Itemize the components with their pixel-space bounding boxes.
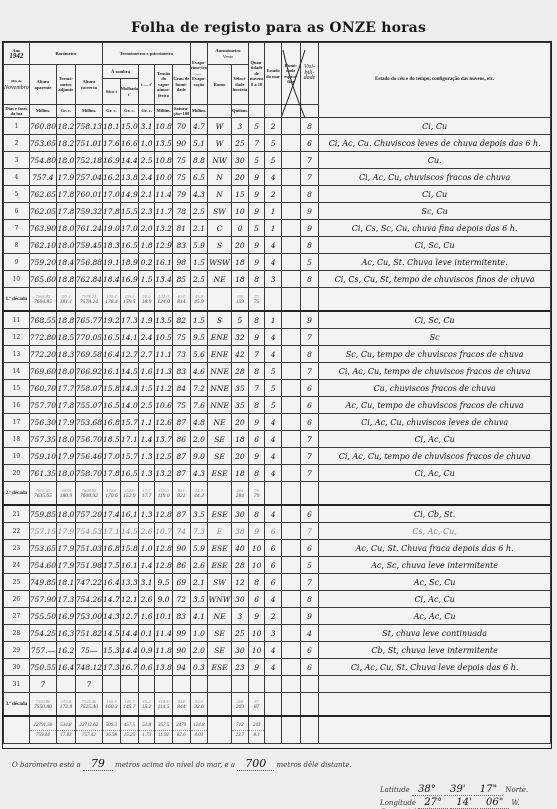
table-row: 4757.417.9757.0416.213.82.410.0756.5N209… xyxy=(4,169,551,186)
cell-molh: 15.5 xyxy=(120,203,138,220)
unit-cell: Gr. c. xyxy=(57,105,76,118)
cell-tensao: 12.5 xyxy=(155,448,173,465)
cell-alt_ap: 762.05 xyxy=(29,203,56,220)
cell-hum xyxy=(281,135,300,152)
cell-tensao: 12.8 xyxy=(155,540,173,557)
cell-nuv: 9 xyxy=(248,169,265,186)
decade-obs-empty xyxy=(319,693,551,717)
decade-diff: 15.215.2 xyxy=(139,693,155,717)
day-cell: 16 xyxy=(4,397,30,414)
table-row: 10765.6018.8762.8418.416.91.513.4852.5NE… xyxy=(4,271,551,288)
cell-alt_cor: 756.88 xyxy=(75,254,102,271)
cell-tensao: 12.6 xyxy=(155,414,173,431)
cell-seco: 15.8 xyxy=(103,380,121,397)
cell-nuv: 5 xyxy=(248,152,265,169)
cell-diff: 2.6 xyxy=(139,591,155,608)
cell-vis: 7 xyxy=(300,523,319,540)
cell-evap: 1.5 xyxy=(190,311,207,329)
cell-seco: 19.2 xyxy=(103,311,121,329)
cell-molh: 14.1 xyxy=(120,329,138,346)
cell-alt_cor: 770.05 xyxy=(75,329,102,346)
day-cell: 7 xyxy=(4,220,30,237)
decade-seco: 170.6170.6 xyxy=(103,482,121,506)
cell-grau xyxy=(172,676,190,693)
cell-grau: 73 xyxy=(172,346,190,363)
day-cell: 24 xyxy=(4,557,30,574)
register-table: Ano1942 Barómetro Termómetros e psicróme… xyxy=(3,42,551,744)
cell-vel: 30 xyxy=(231,505,248,523)
sky-state-cell: Ci, Ac, Cu, tempo de chuviscos fracos de… xyxy=(319,363,551,380)
cell-hum xyxy=(281,659,300,676)
sky-state-cell: Ac, Sc, chuva leve intermitente xyxy=(319,557,551,574)
cell-evap: 7.6 xyxy=(190,397,207,414)
cell-seco: 16.4 xyxy=(103,346,121,363)
cell-evap: 4.3 xyxy=(190,465,207,482)
total-tensao: 357.511.92 xyxy=(155,716,173,744)
table-row: 5762.6517.8760.0117.014.92.111.4794.3N15… xyxy=(4,186,551,203)
sky-state-cell: Ac, Cu, tempo de chuviscos fracos de chu… xyxy=(319,397,551,414)
decade-grau: 844844 xyxy=(172,693,190,717)
cell-evap: 5.9 xyxy=(190,237,207,254)
day-cell: 9 xyxy=(4,254,30,271)
cell-alt_cor: 757.20 xyxy=(75,505,102,523)
table-row: 26757.9017.3754.2614.712.12.69.0723.5WNW… xyxy=(4,591,551,608)
sky-state-cell: Ci, Cs, Cu, St, tempo de chuviscos finos… xyxy=(319,271,551,288)
cell-diff: 2.5 xyxy=(139,152,155,169)
decade-rumo xyxy=(208,693,232,717)
cell-seco: 17.8 xyxy=(103,465,121,482)
cell-diff: 1.0 xyxy=(139,135,155,152)
cell-tensao: 13.8 xyxy=(155,659,173,676)
cell-molh: 16.5 xyxy=(120,465,138,482)
apparent-height-header: Altura aparente xyxy=(29,65,56,105)
cell-tensao: 10.1 xyxy=(155,608,173,625)
cell-mar: 4 xyxy=(265,505,281,523)
day-cell: 8 xyxy=(4,237,30,254)
total-evap: 124.84.03 xyxy=(190,716,207,744)
cell-vis: 7 xyxy=(300,169,319,186)
sky-state-cell: Ac, Ac, Cu xyxy=(319,608,551,625)
cell-diff: 0.1 xyxy=(139,625,155,642)
cell-mar: 4 xyxy=(265,659,281,676)
cell-seco: 18.4 xyxy=(103,271,121,288)
cell-alt_cor: 751.03 xyxy=(75,540,102,557)
cell-diff: 2.5 xyxy=(139,397,155,414)
cell-molh: 15.7 xyxy=(120,448,138,465)
cell-vis: 7 xyxy=(300,431,319,448)
cell-diff: 1.6 xyxy=(139,363,155,380)
cell-alt_ap: 772.80 xyxy=(29,329,56,346)
cell-term: 17.8 xyxy=(57,186,76,203)
attached-thermometer-header: Termó-metro adjunto xyxy=(57,65,76,105)
cell-tensao: 11.4 xyxy=(155,186,173,203)
cell-mar: 6 xyxy=(265,557,281,574)
cell-grau: 83 xyxy=(172,237,190,254)
cell-mar: 5 xyxy=(265,380,281,397)
cell-evap: 2.0 xyxy=(190,642,207,659)
cell-diff: 1.3 xyxy=(139,448,155,465)
cell-tensao: 10.6 xyxy=(155,397,173,414)
cell-grau: 83 xyxy=(172,363,190,380)
cell-rumo: ESE xyxy=(208,557,232,574)
cell-molh: 17.3 xyxy=(120,311,138,329)
cell-hum xyxy=(281,203,300,220)
cell-nuv: 6 xyxy=(248,591,265,608)
cell-molh: 13.8 xyxy=(120,169,138,186)
cell-molh: 14.3 xyxy=(120,380,138,397)
cell-evap: 4.1 xyxy=(190,608,207,625)
cell-term: 16.9 xyxy=(57,608,76,625)
cell-nuv: 10 xyxy=(248,642,265,659)
cell-vel: 38 xyxy=(231,523,248,540)
cell-grau: 84 xyxy=(172,380,190,397)
cell-alt_ap: 757.90 xyxy=(29,591,56,608)
cell-mar: 2 xyxy=(265,186,281,203)
cell-hum xyxy=(281,220,300,237)
cell-evap: 2.5 xyxy=(190,203,207,220)
cell-mar: 4 xyxy=(265,346,281,363)
specific-humidity-header: Humi-dade especí-fica xyxy=(281,43,300,105)
cell-mar: 1 xyxy=(265,220,281,237)
cell-alt_ap: 760.70 xyxy=(29,380,56,397)
sky-state-cell: Ci, Cu xyxy=(319,118,551,135)
cell-diff: 1.0 xyxy=(139,540,155,557)
cell-nuv: 8 xyxy=(248,574,265,591)
cell-term: 18.8 xyxy=(57,271,76,288)
totals-label-empty xyxy=(4,716,30,744)
cell-mar: 6 xyxy=(265,523,281,540)
table-row: 28754.2516.3751.8214.514.40.111.4991.0SE… xyxy=(4,625,551,642)
cell-rumo: W xyxy=(208,135,232,152)
unit-cell xyxy=(265,105,281,118)
cell-hum xyxy=(281,414,300,431)
cell-vel: 42 xyxy=(231,346,248,363)
cell-alt_cor: 766.92 xyxy=(75,363,102,380)
cell-hum xyxy=(281,591,300,608)
cell-tensao: 11.8 xyxy=(155,642,173,659)
cell-mar: 5 xyxy=(265,397,281,414)
cell-alt_ap: 768.55 xyxy=(29,311,56,329)
decade-alt_ap: 7604.857604.85 xyxy=(29,288,56,312)
visibility-header: Visi-bili-dade xyxy=(300,43,319,105)
decade-diff: 17.717.7 xyxy=(139,482,155,506)
cell-evap: 5.9 xyxy=(190,540,207,557)
cell-vis: 6 xyxy=(300,135,319,152)
day-cell: 30 xyxy=(4,659,30,676)
cell-vel: 18 xyxy=(231,254,248,271)
cell-alt_ap: 757.4 xyxy=(29,169,56,186)
decade-tensao: 124.0124.0 xyxy=(155,288,173,312)
table-row: 16757.7017.8755.0716.514.02.510.6757.6NN… xyxy=(4,397,551,414)
cell-alt_cor: 751.82 xyxy=(75,625,102,642)
cell-grau: 81 xyxy=(172,220,190,237)
cell-hum xyxy=(281,329,300,346)
unit-cell: Millim. xyxy=(190,105,207,118)
cell-alt_cor: 765.77 xyxy=(75,311,102,329)
cell-molh: 16.1 xyxy=(120,505,138,523)
cell-grau: 87 xyxy=(172,465,190,482)
cell-rumo: NNE xyxy=(208,380,232,397)
cell-vis: 9 xyxy=(300,608,319,625)
sky-state-cell: Sc, Cu xyxy=(319,203,551,220)
page-title: Folha de registo para as ONZE horas xyxy=(0,20,557,36)
cell-vel: 3 xyxy=(231,608,248,625)
cell-hum xyxy=(281,152,300,169)
cell-mar xyxy=(265,676,281,693)
cell-evap: 5.6 xyxy=(190,346,207,363)
decade-seco: 178.4178.4 xyxy=(103,288,121,312)
day-cell: 25 xyxy=(4,574,30,591)
cell-alt_cor: 759.45 xyxy=(75,237,102,254)
cell-hum xyxy=(281,574,300,591)
table-row: 2753.6518.2751.0117.616.61.013.5905.1W25… xyxy=(4,135,551,152)
cell-hum xyxy=(281,271,300,288)
cell-diff: 3.1 xyxy=(139,574,155,591)
sky-state-cell: Ci, Cu xyxy=(319,186,551,203)
sky-state-cell: Cb, St, chuva leve intermitente xyxy=(319,642,551,659)
year-header: Ano1942 xyxy=(4,43,30,65)
cell-evap: 8.8 xyxy=(190,152,207,169)
table-row: 8762.1018.0759.4518.316.51.812.9835.9S20… xyxy=(4,237,551,254)
cell-term: 17.8 xyxy=(57,397,76,414)
decade-rumo xyxy=(208,482,232,506)
cell-alt_cor: 758.07 xyxy=(75,380,102,397)
day-cell: 18 xyxy=(4,431,30,448)
cell-diff: 2.3 xyxy=(139,203,155,220)
cell-term: 17.9 xyxy=(57,448,76,465)
day-cell: 28 xyxy=(4,625,30,642)
cell-alt_ap: 759.20 xyxy=(29,254,56,271)
cell-seco: 16.1 xyxy=(103,363,121,380)
cell-term: 18.0 xyxy=(57,237,76,254)
cell-nuv: 9 xyxy=(248,254,265,271)
thermometers-header: Termómetros e psicrómetro xyxy=(103,43,191,65)
cell-seco: 16.9 xyxy=(103,152,121,169)
cell-tensao: 10.8 xyxy=(155,118,173,135)
decade-hum xyxy=(281,693,300,717)
decade-grau: 814814 xyxy=(172,288,190,312)
sky-state-cell: Cs, Ac, Cu, xyxy=(319,523,551,540)
decade-nuv: 7979 xyxy=(248,482,265,506)
cell-alt_cor: 748.12 xyxy=(75,659,102,676)
cell-seco: 17.4 xyxy=(103,505,121,523)
cell-vis: 7 xyxy=(300,329,319,346)
cell-alt_cor: 752.18 xyxy=(75,152,102,169)
day-cell: 2 xyxy=(4,135,30,152)
cell-seco: 19.0 xyxy=(103,220,121,237)
cell-molh: 16.9 xyxy=(120,271,138,288)
cell-alt_ap: 756.30 xyxy=(29,414,56,431)
day-cell: 23 xyxy=(4,540,30,557)
cell-seco: 17.0 xyxy=(103,448,121,465)
sky-state-cell xyxy=(319,676,551,693)
cell-mar: 5 xyxy=(265,152,281,169)
table-row: 22757.1517.9754.5317.114.52.610.7747.3E3… xyxy=(4,523,551,540)
cell-vis: 6 xyxy=(300,380,319,397)
cell-diff: 2.4 xyxy=(139,169,155,186)
cell-vis: 6 xyxy=(300,414,319,431)
corrected-height-header: Altura correcta xyxy=(75,65,102,105)
cell-rumo: S xyxy=(208,311,232,329)
day-cell: 13 xyxy=(4,346,30,363)
barometer-header: Barómetro xyxy=(29,43,102,65)
cell-vel: 25 xyxy=(231,625,248,642)
monthly-totals-row: 22791.30759.04534.817.8322712.62757.4250… xyxy=(4,716,551,744)
cell-hum xyxy=(281,397,300,414)
cell-molh: 12.7 xyxy=(120,608,138,625)
sky-state-cell: Ci, Ac, Cu, chuviscos leves de chuva xyxy=(319,414,551,431)
table-row: 19759.1017.9756.4617.015.71.312.5879.0SE… xyxy=(4,448,551,465)
cell-hum xyxy=(281,676,300,693)
cell-grau: 75 xyxy=(172,152,190,169)
cell-nuv: 9 xyxy=(248,659,265,676)
cell-vis: 6 xyxy=(300,505,319,523)
cell-term: 17.9 xyxy=(57,414,76,431)
cell-tensao: 13.5 xyxy=(155,135,173,152)
cell-grau: 87 xyxy=(172,448,190,465)
cell-molh: 14.4 xyxy=(120,625,138,642)
unit-cell: Millim. xyxy=(29,105,56,118)
cell-molh: 12.7 xyxy=(120,346,138,363)
cell-hum xyxy=(281,237,300,254)
decade-molh: 152.9152.9 xyxy=(120,482,138,506)
cell-alt_ap: 757.35 xyxy=(29,431,56,448)
cell-seco: 16.8 xyxy=(103,540,121,557)
cell-diff: 0.6 xyxy=(139,659,155,676)
decade-vel: 269269 xyxy=(231,693,248,717)
cell-diff: 1.9 xyxy=(139,311,155,329)
sky-state-cell: Ac, Sc, Cu xyxy=(319,574,551,591)
sky-state-header: Estado do céu e do tempo, configuração d… xyxy=(319,43,551,118)
cell-tensao: 10.7 xyxy=(155,523,173,540)
cell-nuv: 9 xyxy=(248,186,265,203)
cell-grau: 86 xyxy=(172,557,190,574)
cell-molh: 15.8 xyxy=(120,540,138,557)
cell-rumo: WNW xyxy=(208,591,232,608)
day-cell: 14 xyxy=(4,363,30,380)
sky-state-cell: Ci, Ac, Cu. Chuviscos leves de chuva dep… xyxy=(319,135,551,152)
cell-evap: 4.3 xyxy=(190,186,207,203)
cell-nuv: 5 xyxy=(248,118,265,135)
cell-grau: 82 xyxy=(172,311,190,329)
cell-term: 18.2 xyxy=(57,135,76,152)
cell-hum xyxy=(281,557,300,574)
cell-mar: 5 xyxy=(265,363,281,380)
cell-nuv: 8 xyxy=(248,397,265,414)
cell-rumo: C xyxy=(208,220,232,237)
cell-rumo: S xyxy=(208,237,232,254)
decade-alt_ap: 7550.807550.80 xyxy=(29,693,56,717)
cell-grau: 90 xyxy=(172,642,190,659)
day-cell: 10 xyxy=(4,271,30,288)
cell-rumo: ESE xyxy=(208,540,232,557)
table-row: 30750.5516.4748.1217.316.70.613.8940.3ES… xyxy=(4,659,551,676)
cell-vis: 7 xyxy=(300,574,319,591)
table-row: 23753.6517.9751.0316.815.81.012.8905.9ES… xyxy=(4,540,551,557)
cell-nuv: 9 xyxy=(248,448,265,465)
decade-vis xyxy=(300,482,319,506)
cell-rumo: WSW xyxy=(208,254,232,271)
total-term: 534.817.83 xyxy=(57,716,76,744)
cell-nuv: 9 xyxy=(248,414,265,431)
cell-hum xyxy=(281,118,300,135)
cell-grau: 87 xyxy=(172,414,190,431)
cell-tensao: 10.8 xyxy=(155,152,173,169)
cell-seco: 16.5 xyxy=(103,397,121,414)
cell-seco: 19.1 xyxy=(103,254,121,271)
table-row: 27755.5016.9753.0014.312.71.610.1834.1NE… xyxy=(4,608,551,625)
cell-rumo: NW xyxy=(208,152,232,169)
sky-state-cell: Ci, Ac, Cu xyxy=(319,465,551,482)
cell-alt_ap: 765.60 xyxy=(29,271,56,288)
cell-molh: 15.0 xyxy=(120,118,138,135)
cell-evap: 2.5 xyxy=(190,271,207,288)
cell-grau: 79 xyxy=(172,186,190,203)
cell-rumo: ENE xyxy=(208,346,232,363)
table-row: 18757.3518.0756.7018.517.11.413.7862.0SE… xyxy=(4,431,551,448)
total-grau: 247982.6 xyxy=(172,716,190,744)
cell-vis: 8 xyxy=(300,271,319,288)
cell-diff: 1.4 xyxy=(139,557,155,574)
cell-seco: 17.5 xyxy=(103,557,121,574)
table-row: 15760.7017.7758.0715.814.31.511.2847.2NN… xyxy=(4,380,551,397)
cell-vis: 9 xyxy=(300,311,319,329)
decade-hum xyxy=(281,482,300,506)
day-cell: 22 xyxy=(4,523,30,540)
cell-nuv: 8 xyxy=(248,465,265,482)
total-nuv: 2438.1 xyxy=(248,716,265,744)
cell-grau: 72 xyxy=(172,591,190,608)
cell-seco: 16.4 xyxy=(103,574,121,591)
cell-evap: 4.6 xyxy=(190,363,207,380)
cell-alt_ap: 772.20 xyxy=(29,346,56,363)
decade-term: 180.9180.9 xyxy=(57,482,76,506)
cell-hum xyxy=(281,169,300,186)
cell-evap: 7.2 xyxy=(190,380,207,397)
decade-label: 3.ª década xyxy=(4,693,30,717)
cloud-amount-header: Quan-tidade de nuvens 0 a 10 xyxy=(248,43,265,105)
cell-seco: 18.1 xyxy=(103,118,121,135)
evaporimeter-header: Evapo-ríme-tro — Evapo-ração xyxy=(190,43,207,105)
cell-diff: 1.5 xyxy=(139,271,155,288)
cell-term: 18.0 xyxy=(57,465,76,482)
cell-term: 18.4 xyxy=(57,254,76,271)
cell-mar: 4 xyxy=(265,237,281,254)
cell-rumo: SW xyxy=(208,203,232,220)
cell-mar: 2 xyxy=(265,608,281,625)
cell-alt_ap: 759.85 xyxy=(29,505,56,523)
cell-vel: 0 xyxy=(231,220,248,237)
table-row: 3177 xyxy=(4,676,551,693)
cell-grau: 94 xyxy=(172,659,190,676)
cell-alt_ap: 755.50 xyxy=(29,608,56,625)
cell-term: 16.2 xyxy=(57,642,76,659)
cell-nuv: 9 xyxy=(248,608,265,625)
day-cell: 5 xyxy=(4,186,30,203)
barometer-distance: 700 xyxy=(237,757,274,771)
vapor-tension-header: Tensão do vapor atmos-férico xyxy=(155,65,173,105)
sky-state-cell: Sc xyxy=(319,329,551,346)
cell-term xyxy=(57,676,76,693)
cell-alt_ap: 762.10 xyxy=(29,237,56,254)
cell-rumo: NE xyxy=(208,271,232,288)
cell-hum xyxy=(281,625,300,642)
cell-alt_cor: 760.01 xyxy=(75,186,102,203)
cell-tensao: 13.4 xyxy=(155,271,173,288)
sky-state-cell: Ac, Cu, St. Chuva leve intermitente. xyxy=(319,254,551,271)
cell-term: 18.0 xyxy=(57,505,76,523)
unit-cell: Millim. xyxy=(75,105,102,118)
